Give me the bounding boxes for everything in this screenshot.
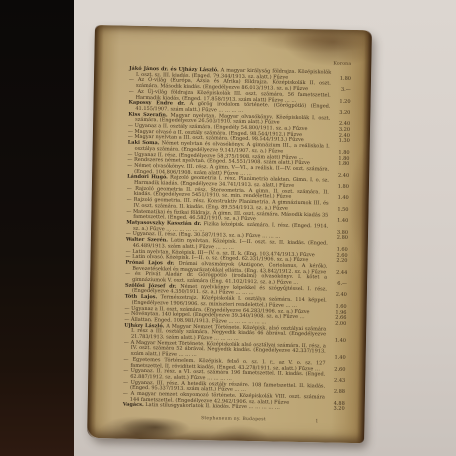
signature-mark: 1 [315,419,318,424]
book-page: Korona Jákó János dr. és Ujházy László. … [87,25,372,443]
entry-title-text: Latin stílusgyakorlatok II. kiadás. Fűzv… [144,402,280,411]
catalog-list: Jákó János dr. és Ujházy László. A magya… [123,67,352,413]
entry-price: 3.20 [333,407,344,413]
entry-title-text: — A Magyar Nemzet Története. Középiskolá… [124,339,326,358]
entry-author: Vagács. [123,402,144,408]
paper-stain-top [255,26,375,54]
book-worn-left-edge [87,25,104,438]
background-dark-strip [0,0,74,456]
book-worn-right-edge [357,30,372,443]
photo-scene: Korona Jákó János dr. és Ujházy László. … [0,0,456,456]
